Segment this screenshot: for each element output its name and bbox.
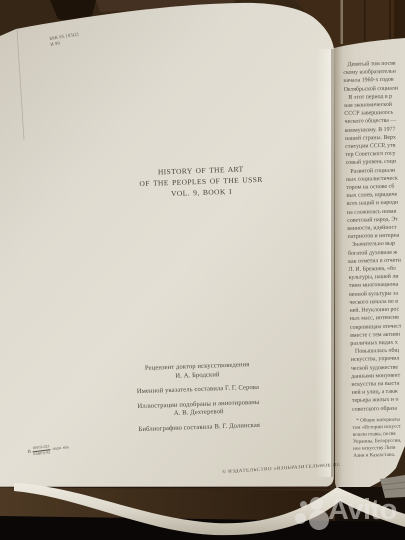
wood-plank-seam-dark [364, 0, 366, 41]
book-title-english: HISTORY OF THE ARTOF THE PEOPLES OF THE … [123, 162, 279, 200]
gutter-crease [331, 49, 335, 477]
right-page-footnote: * Общие материалытом «Истории искусствош… [352, 414, 405, 459]
wood-plank-seam [389, 0, 391, 40]
avito-logo-icon [292, 494, 332, 534]
wood-dark-corner [394, 0, 405, 39]
avito-dot-small [300, 501, 307, 508]
book-photo: ББК 85.103(2) И 90 HISTORY OF THE ARTOF … [0, 0, 405, 540]
right-page-body-text: Девятый том посвяскому изобразительннача… [343, 58, 405, 414]
avito-watermark: Avito [292, 494, 404, 536]
avito-dot-top [310, 497, 323, 510]
wood-plank-seam-light [341, 0, 344, 44]
credit-line: Именной указатель составила Г. Г. Серова [103, 383, 293, 398]
credits-block: Рецензент доктор искусствоведенияИ. А. Б… [102, 360, 294, 436]
catalog-suffix: подп. изд. [52, 444, 69, 451]
left-page-edge-highlight [316, 49, 331, 477]
right-page-text-column: Девятый том посвяскому изобразительннача… [343, 58, 405, 460]
avito-dot-big [309, 510, 329, 530]
avito-watermark-text: Avito [328, 496, 397, 525]
avito-dot-left [295, 513, 306, 524]
catalog-prefix: И [27, 449, 31, 454]
